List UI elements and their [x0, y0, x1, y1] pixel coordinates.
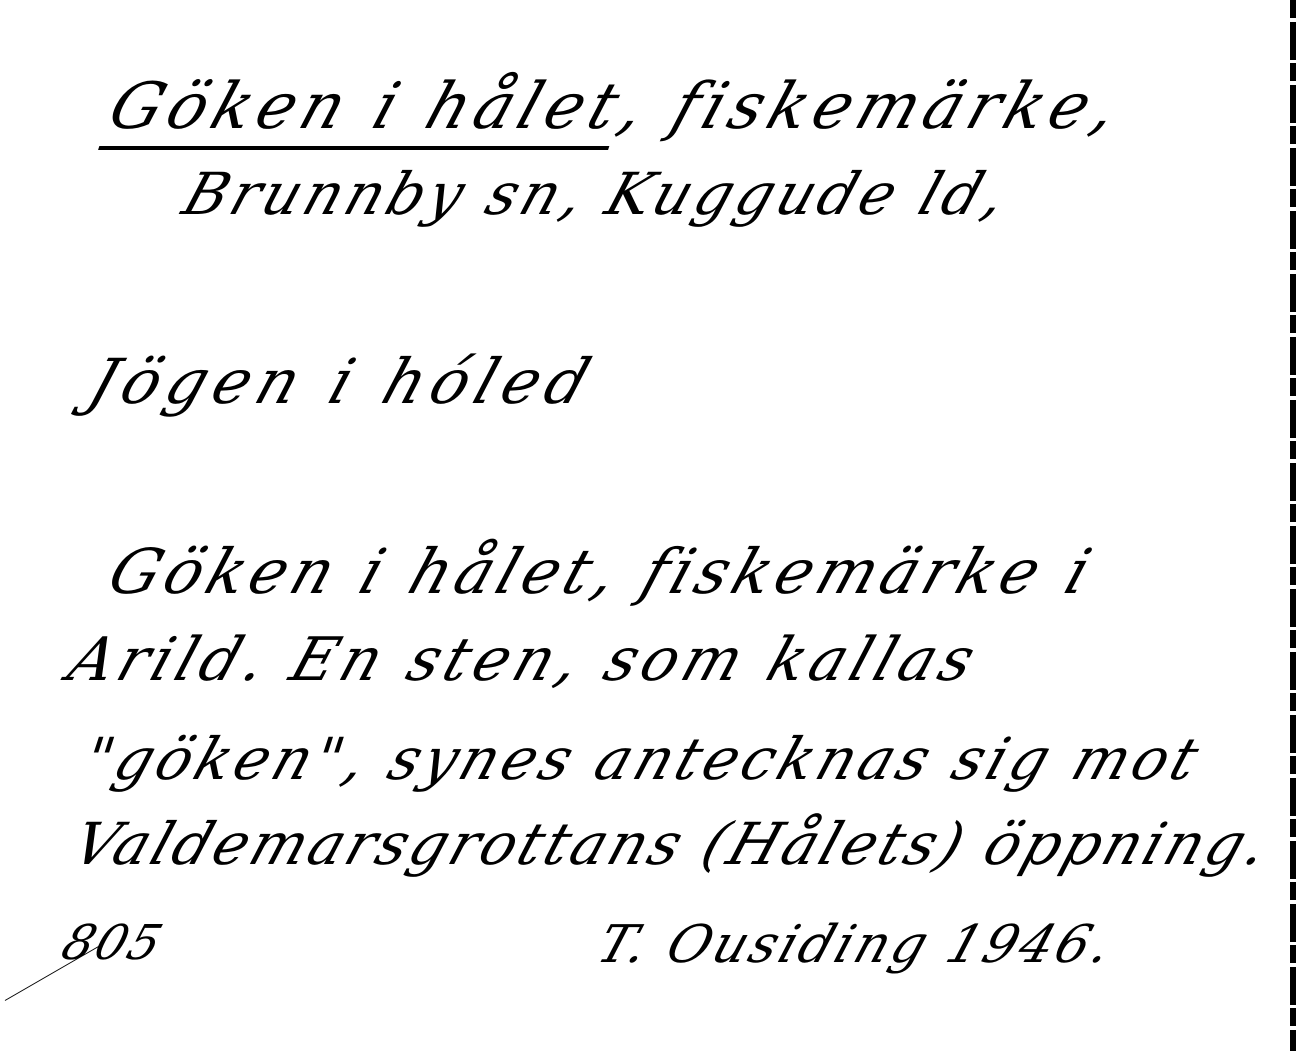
body-line-2: Arild. En sten, som kallas [60, 625, 988, 695]
body-line-1: Göken i hålet, fiskemärke i [100, 535, 1105, 608]
archive-card: Göken i hålet, fiskemärke, Brunnby sn, K… [0, 0, 1302, 1051]
signature-line: T. Ousiding 1946. [590, 915, 1122, 975]
card-number: 805 [55, 915, 171, 971]
signature: T. Ousiding [590, 915, 939, 975]
heading-suffix: , fiskemärke, [610, 70, 1133, 144]
entry-location: Brunnby sn, Kuggude ld, [175, 160, 1019, 228]
entry-heading: Göken i hålet, fiskemärke, [100, 70, 1133, 144]
pen-stroke [5, 945, 101, 1001]
card-edge [1290, 0, 1296, 1051]
body-line-3: "göken", synes antecknas sig mot [75, 725, 1211, 793]
dialect-form: Jögen i hóled [80, 345, 606, 418]
heading-underlined: Göken i hålet [98, 70, 634, 150]
year: 1946. [939, 915, 1122, 975]
body-line-4: Valdemarsgrottans (Hålets) öppning. [65, 810, 1280, 878]
